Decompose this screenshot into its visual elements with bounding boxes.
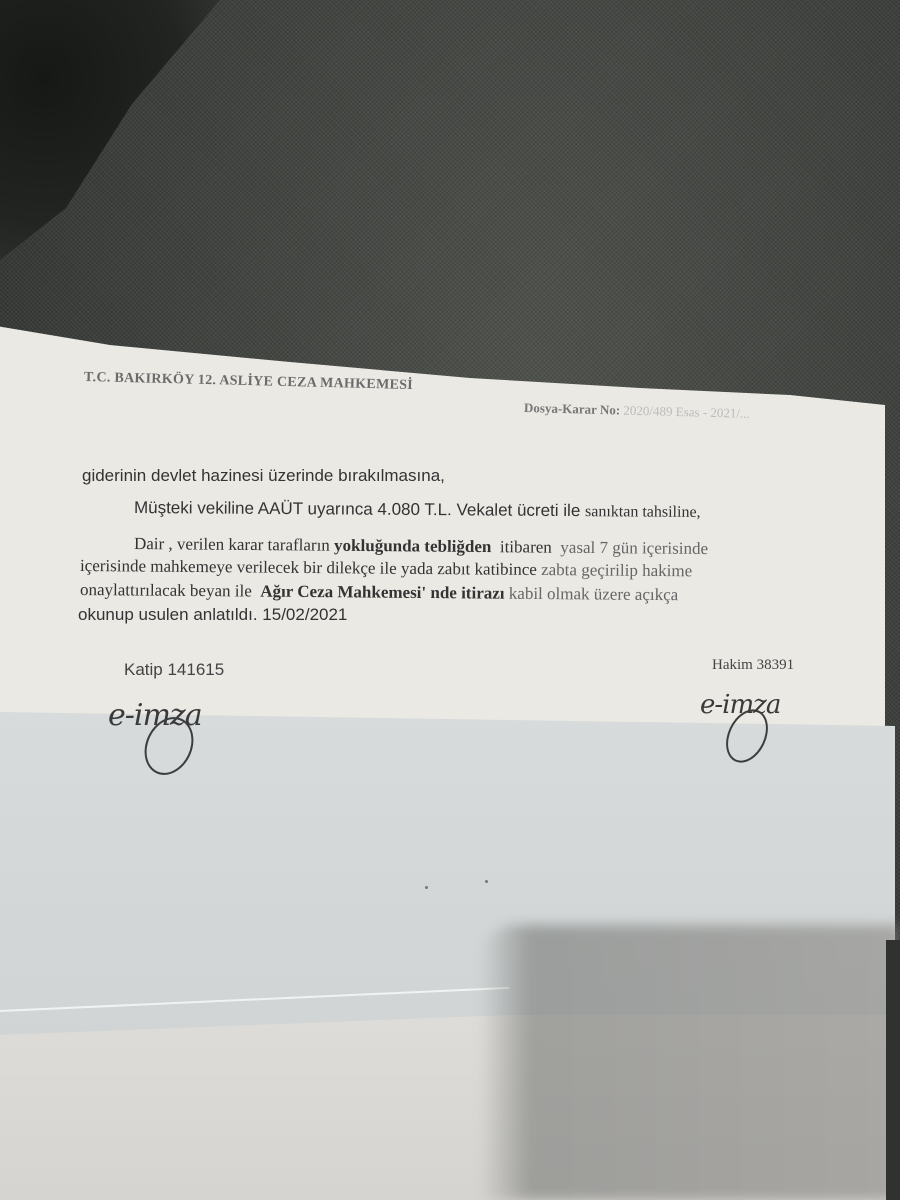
legal-period-text: yasal 7 gün içerisinde <box>560 538 708 558</box>
paper-speck <box>425 886 428 889</box>
objection-bold: nde itirazı <box>430 583 504 603</box>
court-name-bold: Ağır Ceza Mahkemesi' <box>260 582 426 602</box>
openly-text: kabil olmak üzere açıkça <box>509 584 679 604</box>
text-line-5: onaylattırılacak beyan ile Ağır Ceza Mah… <box>80 580 678 605</box>
text-line-4: içerisinde mahkemeye verilecek bir dilek… <box>80 556 692 581</box>
absence-notice-bold: yokluğunda tebliğden <box>334 536 491 556</box>
judge-approval-text: zabta geçirilip hakime <box>541 560 692 580</box>
fee-collection-text: sanıktan tahsiline, <box>585 503 701 521</box>
court-document: T.C. BAKIRKÖY 12. ASLİYE CEZA MAHKEMESİ … <box>0 0 900 1200</box>
from-text: itibaren <box>500 537 552 556</box>
file-number-value: 2020/489 Esas - 2021/... <box>623 403 750 421</box>
judge-label: Hakim 38391 <box>712 657 794 674</box>
court-header: T.C. BAKIRKÖY 12. ASLİYE CEZA MAHKEMESİ <box>84 370 413 394</box>
text-line-3: Dair , verilen karar tarafların yokluğun… <box>134 534 708 559</box>
petition-text: içerisinde mahkemeye verilecek bir dilek… <box>80 556 537 579</box>
text-line-6-date: okunup usulen anlatıldı. 15/02/2021 <box>78 605 347 625</box>
text-line-1: giderinin devlet hazinesi üzerinde bırak… <box>82 466 445 486</box>
fee-text: Müşteki vekiline AAÜT uyarınca 4.080 T.L… <box>134 498 580 520</box>
file-number-label: Dosya-Karar No: <box>524 400 621 418</box>
notice-text: Dair , verilen karar tarafların <box>134 534 330 555</box>
clerk-label: Katip 141615 <box>124 660 224 680</box>
text-line-2: Müşteki vekiline AAÜT uyarınca 4.080 T.L… <box>134 498 701 522</box>
paper-speck <box>485 880 488 883</box>
file-number: Dosya-Karar No: 2020/489 Esas - 2021/... <box>524 400 750 422</box>
declaration-text: onaylattırılacak beyan ile <box>80 580 252 600</box>
